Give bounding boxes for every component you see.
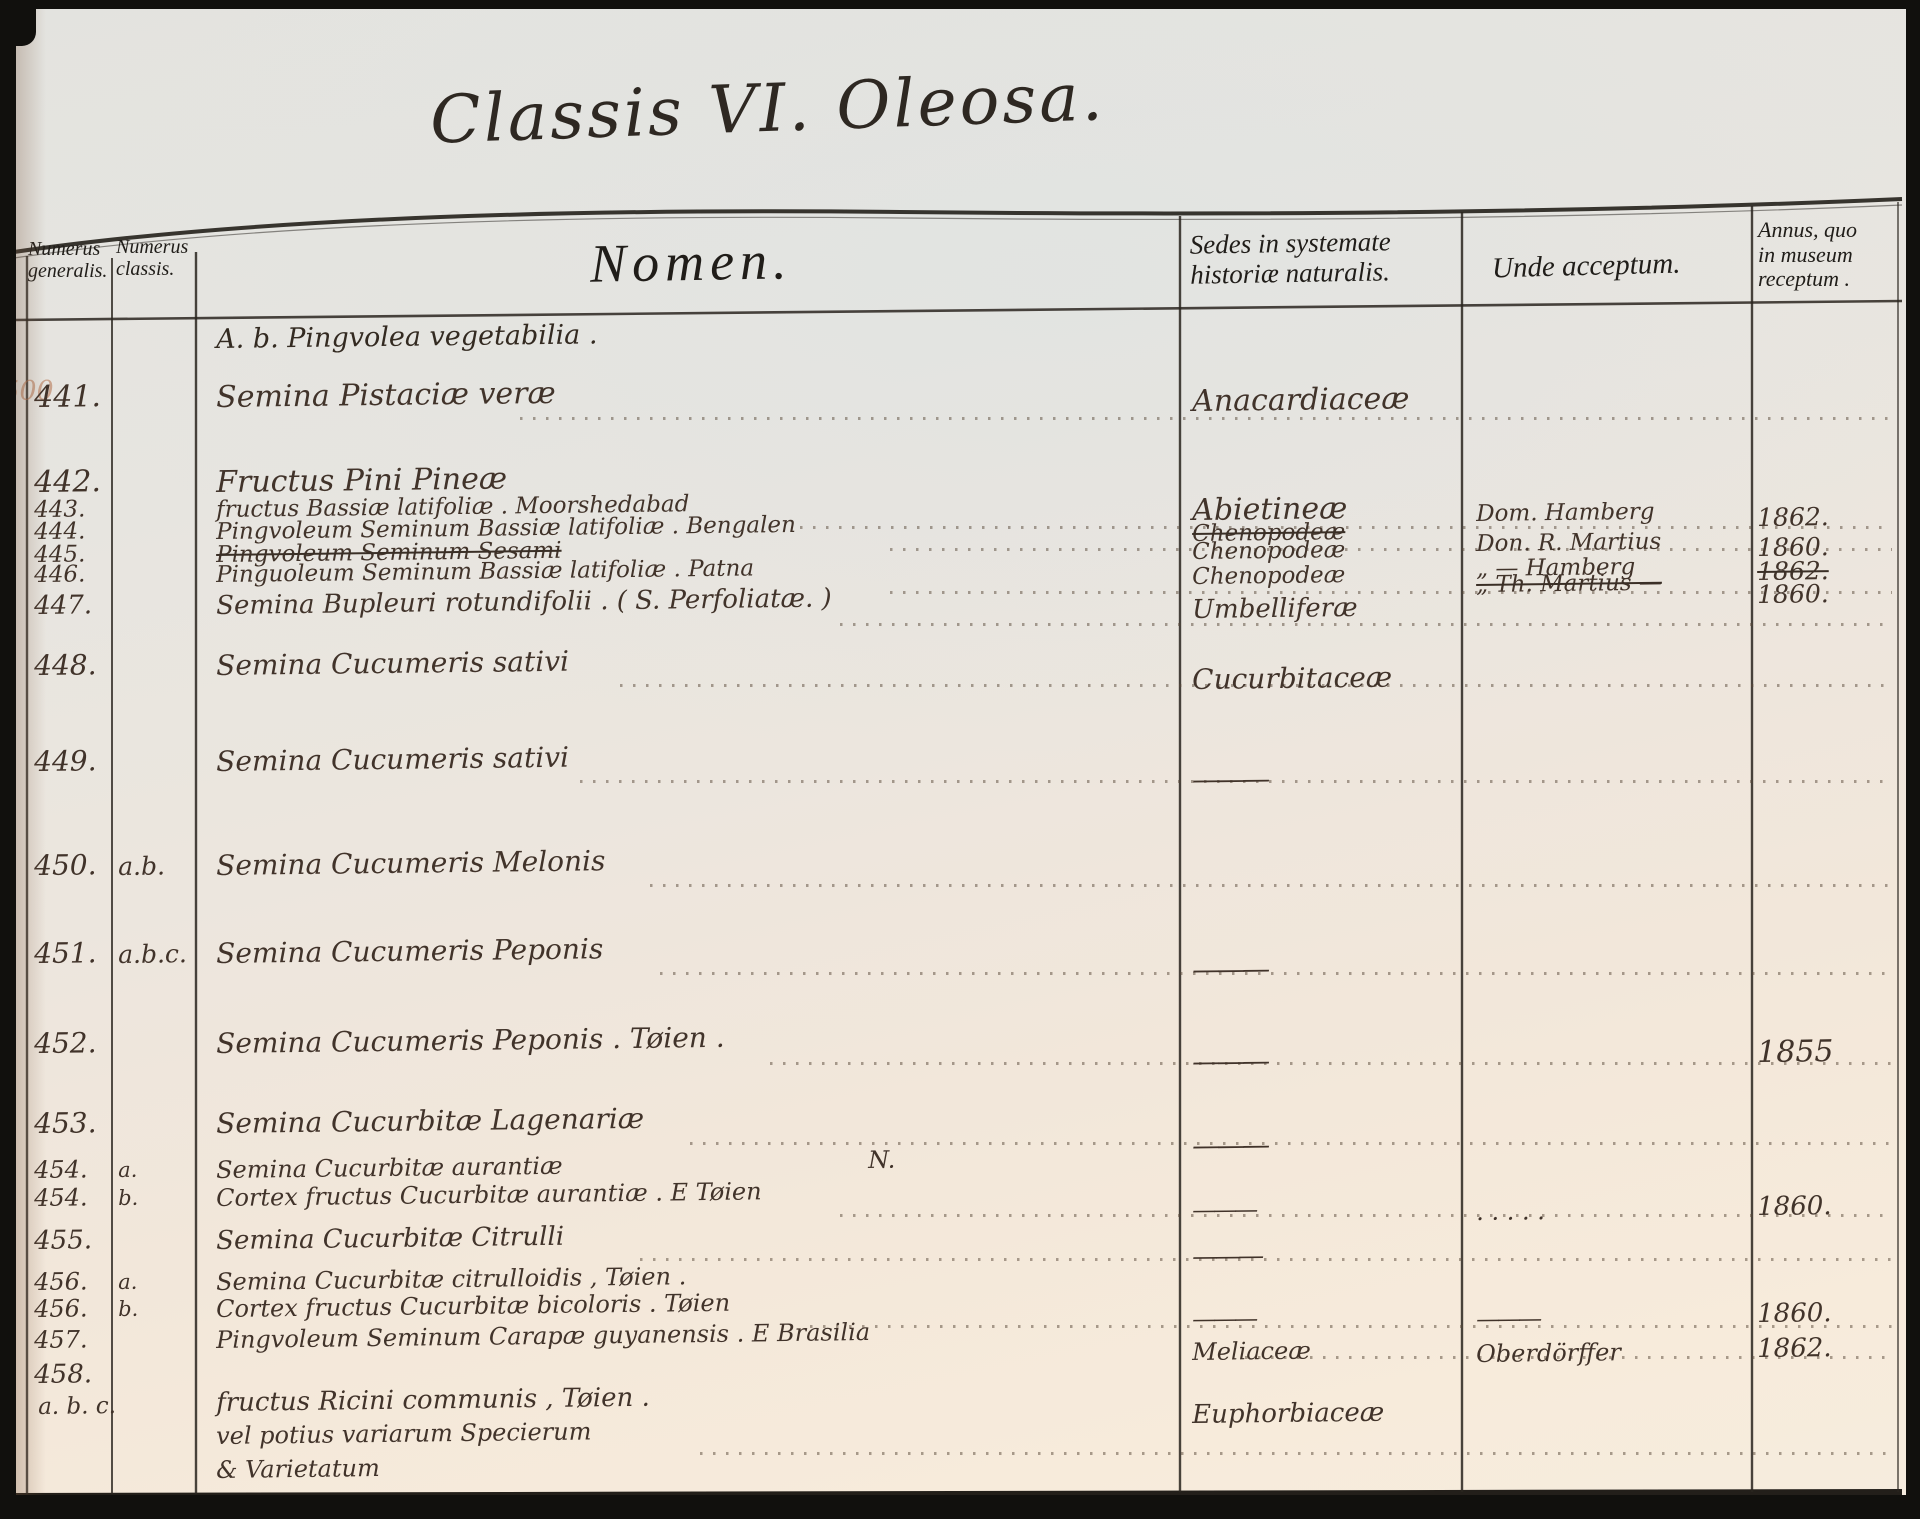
column-header-nomen: Nomen. (589, 230, 793, 294)
photo-border-top (0, 0, 1920, 9)
row-sedes: Chenopodeæ (1192, 564, 1345, 589)
dotted-leader (660, 972, 1892, 975)
row-nomen: fructus Ricini communis , Tøien . (216, 1385, 650, 1416)
dotted-leader (840, 1214, 1892, 1217)
row-numerus-generalis: 450. (34, 851, 97, 880)
row-nomen: Semina Cucurbitæ Citrulli (216, 1224, 564, 1254)
row-sedes: Umbelliferæ (1192, 595, 1358, 623)
row-unde: ——— (1476, 1306, 1539, 1331)
row-annus: 1862. (1757, 504, 1829, 530)
row-nomen: Cortex fructus Cucurbitæ bicoloris . Tøi… (216, 1291, 730, 1321)
row-numerus-generalis: 448. (34, 651, 97, 680)
row-nomen: Semina Cucumeris sativi (216, 744, 569, 776)
dotted-leader (640, 1258, 1892, 1261)
row-numerus-generalis: 442. (34, 467, 101, 498)
column-header-numerus-classis: Numerus classis. (116, 236, 196, 281)
row-numerus-generalis: 452. (34, 1029, 97, 1058)
row-nomen: Cortex fructus Cucurbitæ aurantiæ . E Tø… (216, 1179, 762, 1210)
section-heading: A. b. Pingvolea vegetabilia . (216, 321, 598, 353)
row-numerus-generalis: 451. (34, 939, 97, 968)
row-numerus-classis: a.b.c. (118, 941, 187, 967)
row-numerus-classis: a. (118, 1272, 137, 1293)
row-sedes: ——— (1192, 1131, 1267, 1160)
row-annus: 1862. (1757, 1335, 1832, 1362)
row-numerus-generalis: 454. (34, 1157, 88, 1182)
row-numerus-generalis: 458. (34, 1361, 92, 1388)
row-unde: Oberdörffer (1476, 1340, 1621, 1366)
row-numerus-classis: b. (118, 1299, 138, 1320)
row-nomen: Semina Cucumeris sativi (216, 648, 569, 680)
column-header-numerus-generalis: Numerus generalis. (28, 238, 112, 283)
row-nomen: Pingvoleum Seminum Carapæ guyanensis . E… (216, 1320, 870, 1352)
row-nomen: Semina Cucurbitæ Lagenariæ (216, 1105, 644, 1138)
dotted-leader (890, 548, 1892, 551)
row-numerus-classis: a. (118, 1160, 137, 1181)
row-sedes: ——— (1192, 765, 1267, 794)
row-numerus-generalis: 456. (34, 1269, 88, 1294)
photo-corner-blotch (0, 0, 36, 46)
scanned-register-page: Classis VI. Oleosa. Numerus generalis. N… (0, 0, 1920, 1519)
annotation-n: N. (868, 1148, 895, 1172)
row-sedes: ——— (1192, 1197, 1255, 1222)
row-sedes: Cucurbitaceæ (1192, 664, 1392, 694)
row-numerus-generalis: 455. (34, 1227, 92, 1254)
row-nomen: vel potius variarum Specierum (216, 1419, 592, 1448)
dotted-leader (690, 1142, 1892, 1145)
row-sedes: Euphorbiaceæ (1192, 1400, 1384, 1428)
dotted-leader (840, 623, 1892, 626)
row-annus: 1855 (1757, 1037, 1834, 1068)
row-numerus-classis: a.b. (118, 853, 165, 879)
row-nomen: Semina Cucurbitæ aurantiæ (216, 1154, 563, 1182)
dotted-leader (810, 1325, 1892, 1328)
row-annus: 1860. (1757, 581, 1829, 607)
row-unde: Don. R. Martius (1476, 531, 1661, 556)
row-nomen: Semina Bupleuri rotundifolii . ( S. Perf… (216, 585, 832, 619)
row-numerus-generalis: 457. (34, 1327, 88, 1352)
row-nomen: Semina Cucumeris Peponis . Tøien . (216, 1024, 725, 1058)
column-header-sedes: Sedes in systemate historiæ naturalis. (1189, 226, 1391, 290)
column-header-unde: Unde acceptum. (1492, 248, 1681, 285)
row-numerus-generalis: 447. (34, 592, 92, 619)
row-sedes: ——— (1192, 955, 1267, 984)
photo-border-left (0, 0, 16, 1519)
row-nomen: Semina Pistaciæ veræ (216, 379, 556, 413)
row-sedes: ——— (1192, 1306, 1255, 1331)
photo-border-right (1906, 0, 1920, 1519)
dotted-leader (770, 1062, 1892, 1065)
column-header-annus: Annus, quo in museum receptum . (1758, 218, 1857, 292)
row-numerus-generalis: 456. (34, 1296, 88, 1321)
row-annus: 1860. (1757, 1193, 1832, 1220)
row-nomen: & Varietatum (216, 1456, 380, 1482)
row-numerus-classis: b. (118, 1188, 138, 1209)
row-numerus-classis: a. b. c. (38, 1395, 116, 1419)
row-nomen: Semina Cucumeris Peponis (216, 935, 603, 968)
photo-border-bottom (0, 1495, 1920, 1519)
row-sedes: Anacardiaceæ (1192, 384, 1410, 417)
dotted-leader (800, 526, 1892, 529)
dotted-leader (650, 884, 1892, 887)
row-nomen: Semina Cucumeris Melonis (216, 847, 606, 880)
dotted-leader (700, 1452, 1892, 1455)
row-sedes: Chenopodeæ (1192, 539, 1345, 564)
dotted-leader (890, 591, 1892, 594)
row-unde: „ Th. Martius — (1476, 572, 1662, 597)
row-numerus-generalis: 446. (34, 563, 85, 587)
row-numerus-generalis: 449. (34, 747, 97, 776)
row-numerus-generalis: 454. (34, 1185, 88, 1210)
row-annus: 1860. (1757, 1300, 1832, 1327)
row-nomen: Fructus Pini Pineæ (216, 464, 507, 498)
row-sedes: ——— (1192, 1047, 1267, 1076)
row-sedes: Meliaceæ (1192, 1339, 1311, 1364)
row-unde: Dom. Hamberg (1476, 501, 1655, 526)
row-sedes: ——— (1192, 1243, 1261, 1270)
row-numerus-generalis: 441. (34, 382, 101, 413)
row-unde: . . . . . (1476, 1199, 1545, 1224)
row-numerus-generalis: 453. (34, 1109, 97, 1138)
